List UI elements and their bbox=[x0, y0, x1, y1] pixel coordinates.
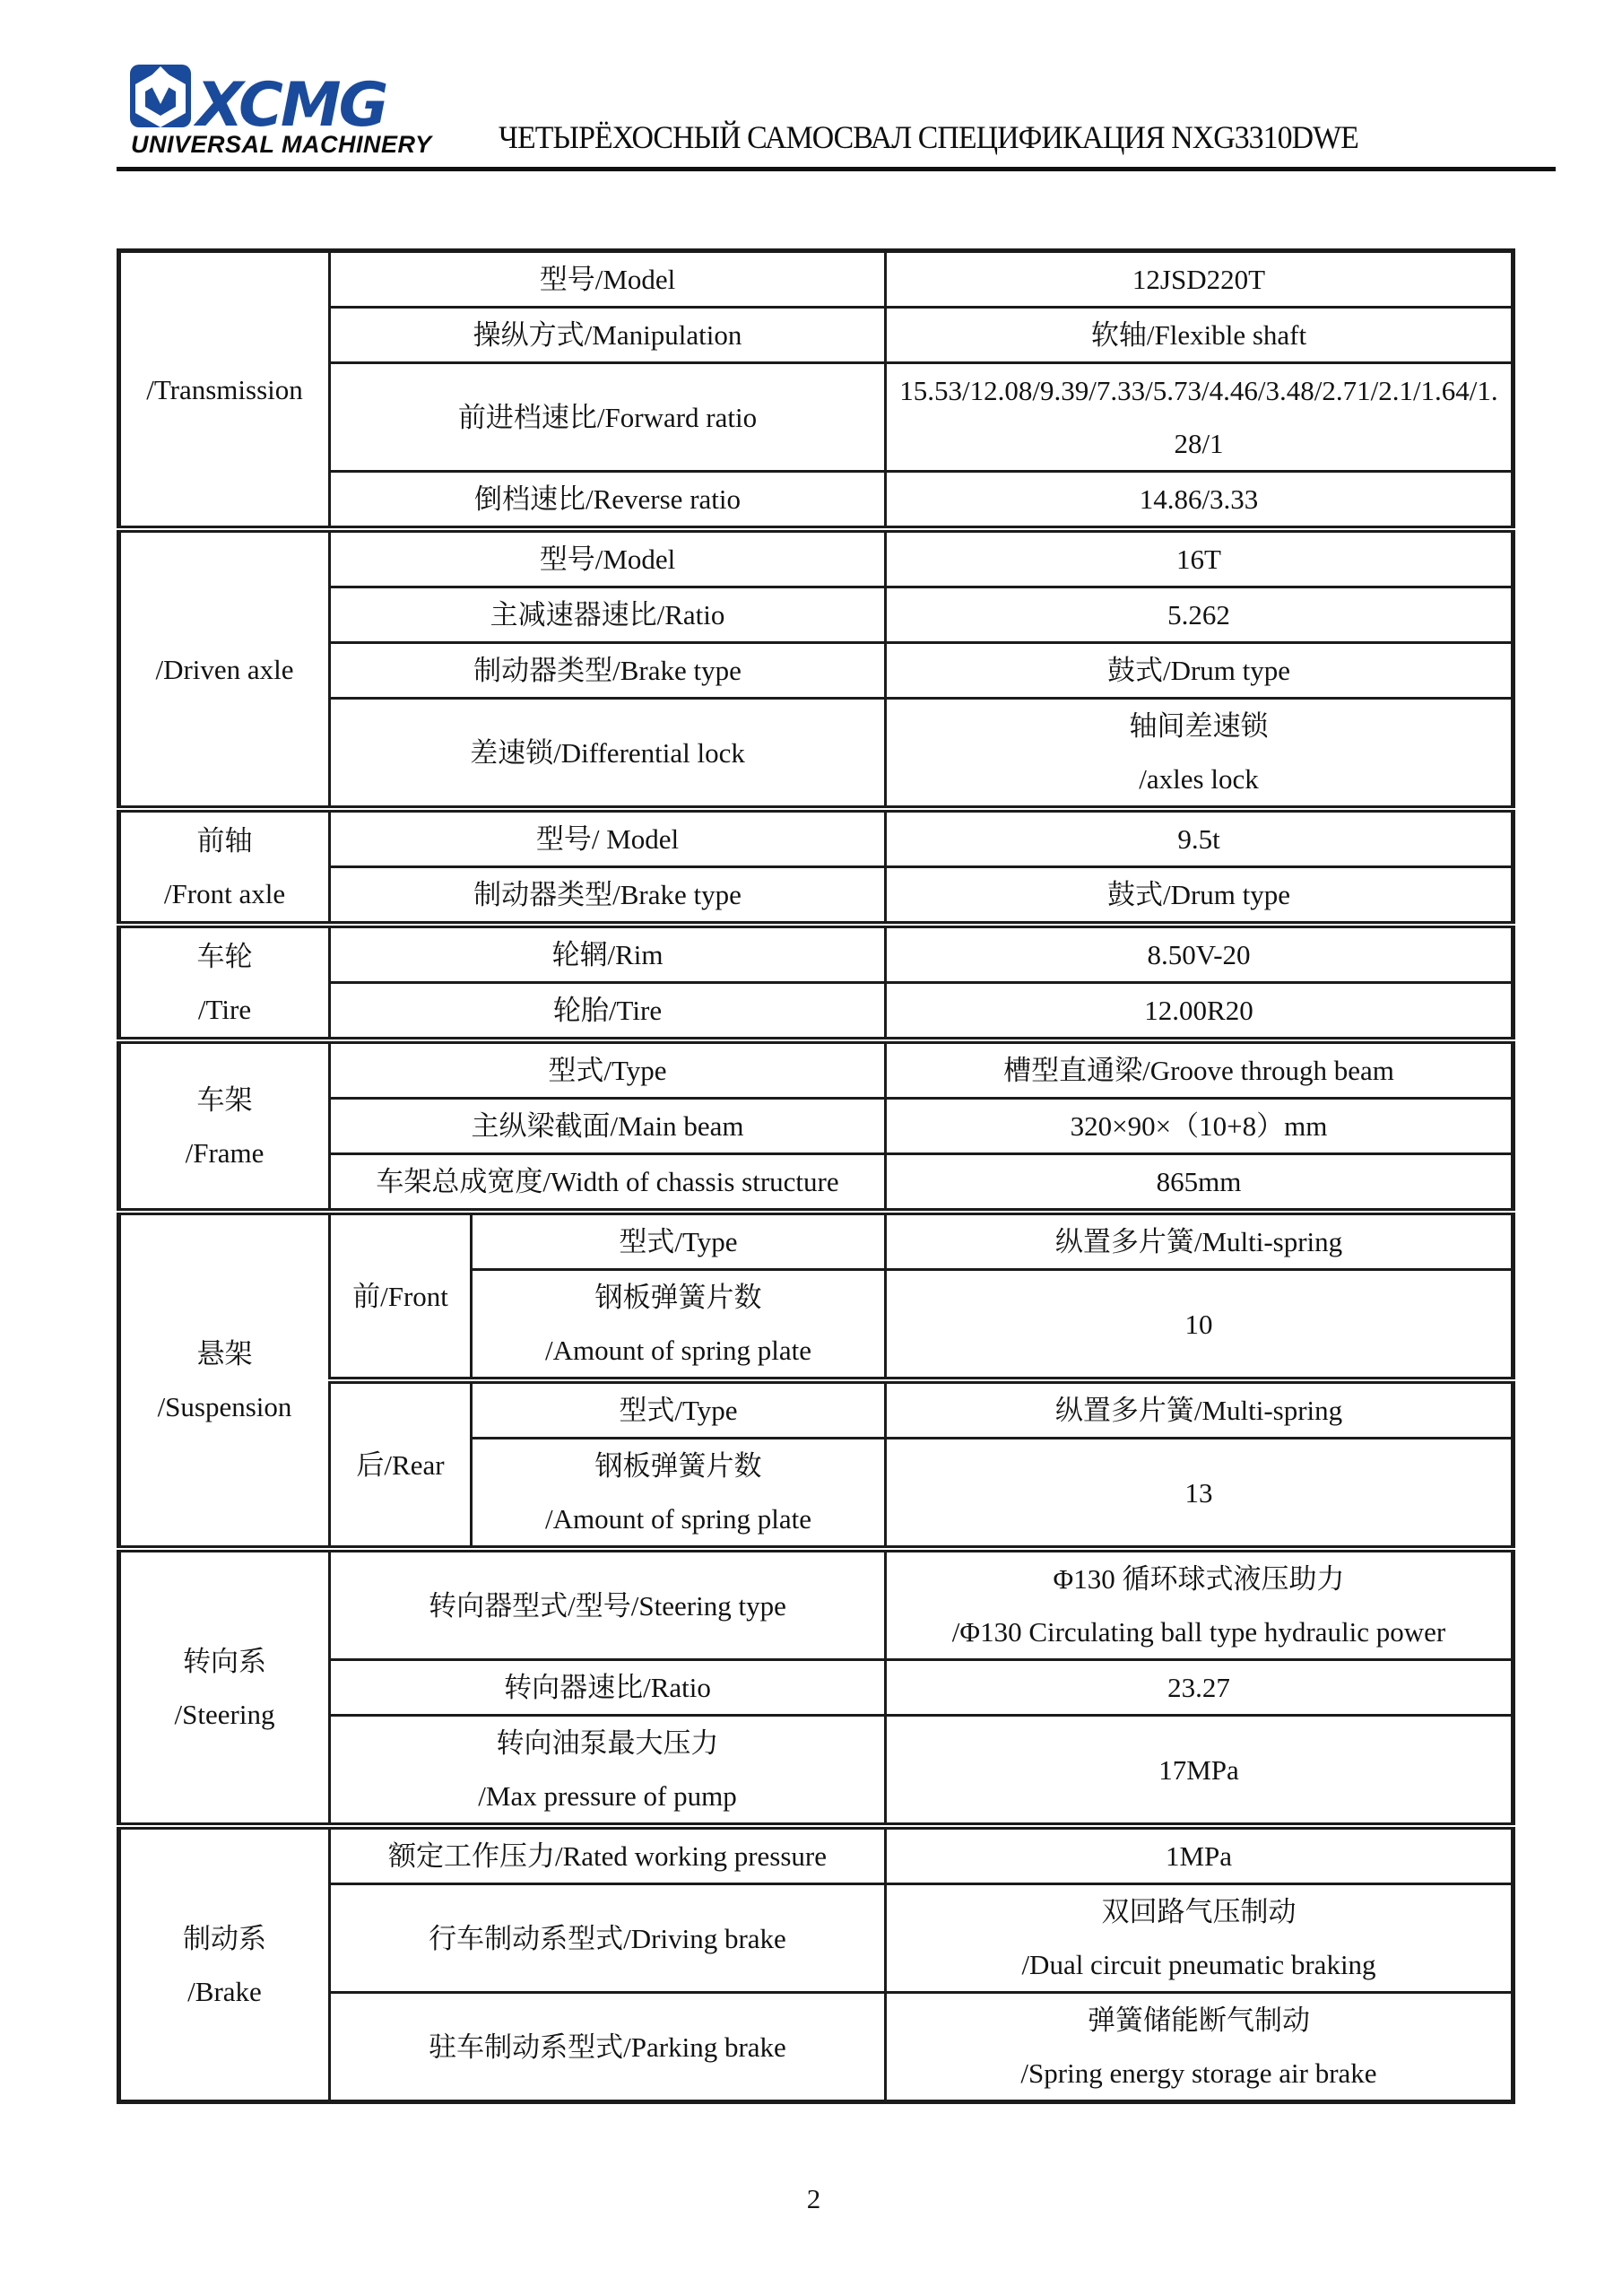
spec-label-cell: 钢板弹簧片数 /Amount of spring plate bbox=[472, 1270, 886, 1381]
spec-value-cell: 弹簧储能断气制动 /Spring energy storage air brak… bbox=[886, 1993, 1514, 2102]
spec-table: /Transmission 型号/Model 12JSD220T 操纵方式/Ma… bbox=[117, 248, 1515, 2104]
spec-value-cell: 12.00R20 bbox=[886, 983, 1514, 1041]
category-cell: 制动系 /Brake bbox=[119, 1826, 330, 2102]
spec-label-cell: 差速锁/Differential lock bbox=[330, 699, 886, 810]
spec-label-cell: 型式/Type bbox=[472, 1212, 886, 1270]
subcategory-cell: 后/Rear bbox=[330, 1380, 472, 1549]
spec-value-cell: Φ130 循环球式液压助力 /Φ130 Circulating ball typ… bbox=[886, 1549, 1514, 1660]
category-cell: 悬架 /Suspension bbox=[119, 1212, 330, 1549]
category-cell: 转向系 /Steering bbox=[119, 1549, 330, 1826]
spec-value-cell: 轴间差速锁 /axles lock bbox=[886, 699, 1514, 810]
spec-label-cell: 前进档速比/Forward ratio bbox=[330, 363, 886, 472]
table-row: 转向系 /Steering 转向器型式/型号/Steering type Φ13… bbox=[119, 1549, 1514, 1660]
spec-value-cell: 865mm bbox=[886, 1154, 1514, 1213]
xcmg-logo-icon bbox=[130, 65, 191, 127]
spec-label-cell: 驻车制动系型式/Parking brake bbox=[330, 1993, 886, 2102]
spec-label-cell: 型式/Type bbox=[330, 1040, 886, 1099]
spec-value-cell: 10 bbox=[886, 1270, 1514, 1381]
spec-label-cell: 倒档速比/Reverse ratio bbox=[330, 472, 886, 530]
category-cell: 车架 /Frame bbox=[119, 1040, 330, 1212]
spec-value-cell: 17MPa bbox=[886, 1716, 1514, 1827]
spec-value-cell: 16T bbox=[886, 529, 1514, 587]
category-cell: /Driven axle bbox=[119, 529, 330, 809]
spec-label-cell: 型号/ Model bbox=[330, 809, 886, 867]
category-cell: /Transmission bbox=[119, 251, 330, 530]
spec-label-cell: 车架总成宽度/Width of chassis structure bbox=[330, 1154, 886, 1213]
spec-value-cell: 双回路气压制动 /Dual circuit pneumatic braking bbox=[886, 1884, 1514, 1993]
spec-label-cell: 转向器速比/Ratio bbox=[330, 1660, 886, 1716]
spec-value-cell: 软轴/Flexible shaft bbox=[886, 308, 1514, 363]
document-page: XCMG UNIVERSAL MACHINERY ЧЕТЫРЁХОСНЫЙ СА… bbox=[0, 0, 1622, 2296]
spec-label-cell: 型式/Type bbox=[472, 1380, 886, 1439]
spec-value-cell: 12JSD220T bbox=[886, 251, 1514, 308]
table-row: /Driven axle 型号/Model 16T bbox=[119, 529, 1514, 587]
spec-label-cell: 主纵梁截面/Main beam bbox=[330, 1099, 886, 1154]
spec-value-cell: 15.53/12.08/9.39/7.33/5.73/4.46/3.48/2.7… bbox=[886, 363, 1514, 472]
spec-value-cell: 5.262 bbox=[886, 587, 1514, 643]
table-row: 车架 /Frame 型式/Type 槽型直通梁/Groove through b… bbox=[119, 1040, 1514, 1099]
table-row: 车轮 /Tire 轮辋/Rim 8.50V-20 bbox=[119, 925, 1514, 983]
spec-label-cell: 额定工作压力/Rated working pressure bbox=[330, 1826, 886, 1884]
subcategory-cell: 前/Front bbox=[330, 1212, 472, 1380]
spec-value-cell: 鼓式/Drum type bbox=[886, 643, 1514, 699]
spec-label-cell: 型号/Model bbox=[330, 529, 886, 587]
spec-label-cell: 轮辋/Rim bbox=[330, 925, 886, 983]
spec-label-cell: 行车制动系型式/Driving brake bbox=[330, 1884, 886, 1993]
spec-value-cell: 13 bbox=[886, 1439, 1514, 1550]
table-row: 悬架 /Suspension 前/Front 型式/Type 纵置多片簧/Mul… bbox=[119, 1212, 1514, 1270]
spec-label-cell: 主减速器速比/Ratio bbox=[330, 587, 886, 643]
table-row: 前轴 /Front axle 型号/ Model 9.5t bbox=[119, 809, 1514, 867]
spec-label-cell: 钢板弹簧片数 /Amount of spring plate bbox=[472, 1439, 886, 1550]
spec-value-cell: 8.50V-20 bbox=[886, 925, 1514, 983]
spec-label-cell: 转向油泵最大压力 /Max pressure of pump bbox=[330, 1716, 886, 1827]
spec-value-cell: 9.5t bbox=[886, 809, 1514, 867]
spec-value-cell: 320×90×（10+8）mm bbox=[886, 1099, 1514, 1154]
page-title: ЧЕТЫРЁХОСНЫЙ САМОСВАЛ СПЕЦИФИКАЦИЯ NXG33… bbox=[499, 118, 1358, 156]
spec-label-cell: 转向器型式/型号/Steering type bbox=[330, 1549, 886, 1660]
spec-value-cell: 鼓式/Drum type bbox=[886, 867, 1514, 926]
spec-label-cell: 制动器类型/Brake type bbox=[330, 643, 886, 699]
spec-label-cell: 制动器类型/Brake type bbox=[330, 867, 886, 926]
spec-value-cell: 23.27 bbox=[886, 1660, 1514, 1716]
table-row: /Transmission 型号/Model 12JSD220T bbox=[119, 251, 1514, 308]
page-number: 2 bbox=[117, 2183, 1511, 2215]
table-row: 制动系 /Brake 额定工作压力/Rated working pressure… bbox=[119, 1826, 1514, 1884]
spec-label-cell: 轮胎/Tire bbox=[330, 983, 886, 1041]
spec-value-cell: 纵置多片簧/Multi-spring bbox=[886, 1212, 1514, 1270]
spec-value-cell: 14.86/3.33 bbox=[886, 472, 1514, 530]
spec-value-cell: 1MPa bbox=[886, 1826, 1514, 1884]
category-cell: 车轮 /Tire bbox=[119, 925, 330, 1040]
header-divider bbox=[117, 167, 1556, 171]
spec-label-cell: 操纵方式/Manipulation bbox=[330, 308, 886, 363]
spec-value-cell: 槽型直通梁/Groove through beam bbox=[886, 1040, 1514, 1099]
spec-value-cell: 纵置多片簧/Multi-spring bbox=[886, 1380, 1514, 1439]
category-cell: 前轴 /Front axle bbox=[119, 809, 330, 925]
brand-tagline: UNIVERSAL MACHINERY bbox=[131, 131, 432, 159]
spec-label-cell: 型号/Model bbox=[330, 251, 886, 308]
